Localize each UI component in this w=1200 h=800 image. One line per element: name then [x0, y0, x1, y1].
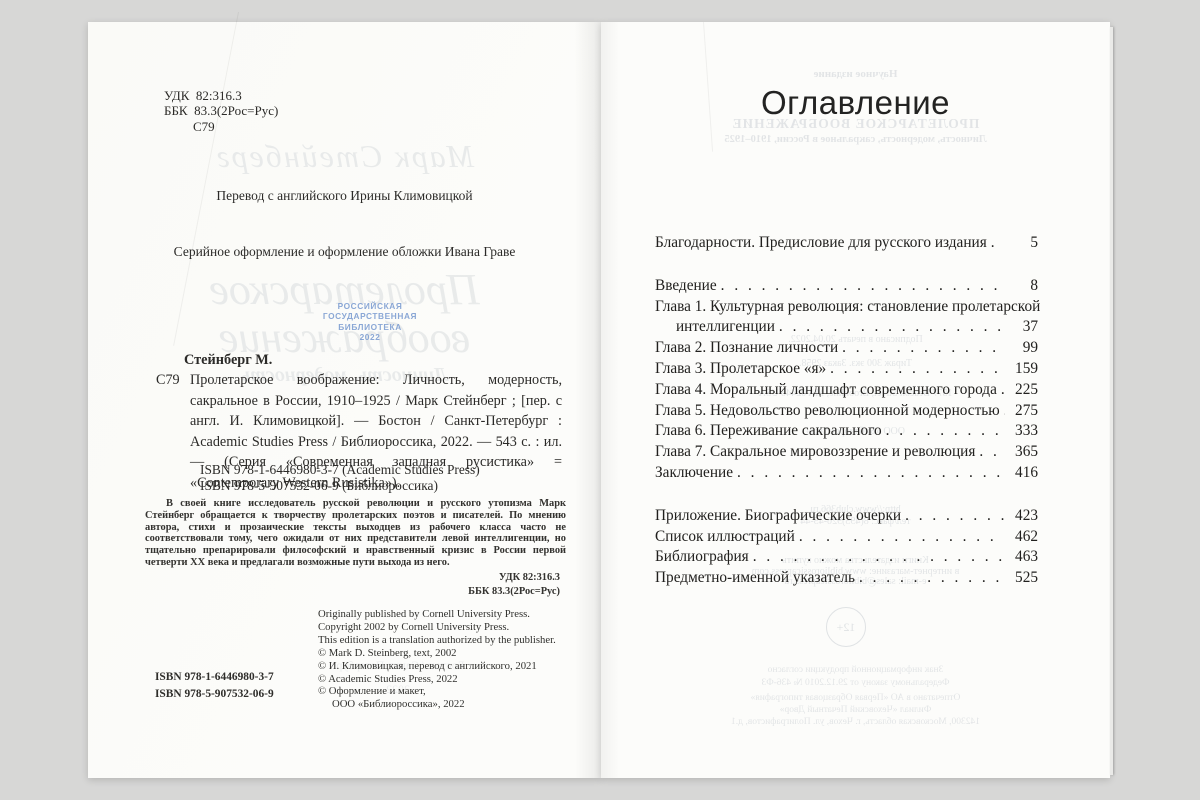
- toc-entry: Глава 4. Моральный ландшафт современного…: [655, 380, 1038, 401]
- text-line: РОССИЙСКАЯ: [288, 301, 452, 311]
- text-line: © Оформление и макет,: [318, 685, 556, 698]
- toc-entry-title: Глава 7. Сакральное мировоззрение и рево…: [655, 442, 975, 463]
- ghost-info-sign: Знак информационной продукции согласноФе…: [601, 664, 1110, 689]
- ghost-printing-house: Отпечатано в АО «Первая Образцовая типог…: [601, 692, 1110, 728]
- text-line: © Mark D. Steinberg, text, 2002: [318, 647, 556, 660]
- text-line: Филиал «Чеховский Печатный Двор»: [601, 704, 1110, 716]
- bbk-code: ББК 83.3(2Рос=Рус): [164, 103, 278, 118]
- right-page: Научное издание ПРОЛЕТАРСКОЕ ВООБРАЖЕНИЕ…: [601, 22, 1110, 778]
- toc-entry: Глава 3. Пролетарское «я»159: [655, 359, 1038, 380]
- toc-entry: интеллигенции37: [655, 317, 1038, 338]
- toc-dot-leader: [779, 317, 1004, 338]
- toc-entry-title: интеллигенции: [676, 317, 775, 338]
- toc-entry-title: Глава 3. Пролетарское «я»: [655, 359, 826, 380]
- toc-page-number: 99: [1008, 338, 1038, 359]
- table-of-contents: Благодарности. Предисловие для русского …: [655, 233, 1038, 589]
- library-stamp: РОССИЙСКАЯГОСУДАРСТВЕННАЯБИБЛИОТЕКА2022: [288, 301, 452, 342]
- toc-entry-first-line: Глава 1. Культурная революция: становлен…: [655, 297, 1038, 318]
- copyright-block: Originally published by Cornell Universi…: [318, 608, 556, 711]
- text-line: ГОСУДАРСТВЕННАЯ: [288, 311, 452, 321]
- text-line: БИБЛИОТЕКА: [288, 322, 452, 332]
- toc-page-number: 8: [1008, 276, 1038, 297]
- text-line: Федеральному закону от 29.12.2010 № 436-…: [601, 677, 1110, 690]
- toc-dot-leader: [799, 527, 1004, 548]
- toc-entry: Введение8: [655, 276, 1038, 297]
- toc-page-number: 225: [1008, 380, 1038, 401]
- toc-entry-title: Глава 1. Культурная революция: становлен…: [655, 297, 1040, 318]
- bbk-footer-line: ББК 83.3(2Рос=Рус): [468, 585, 560, 599]
- toc-dot-leader: [737, 463, 1004, 484]
- toc-page-number: 462: [1008, 527, 1038, 548]
- toc-group: Введение8Глава 1. Культурная революция: …: [655, 276, 1038, 484]
- toc-page-number: 5: [1008, 233, 1038, 254]
- text-line: Copyright 2002 by Cornell University Pre…: [318, 621, 556, 634]
- text-line: ООО «Библиороссика», 2022: [318, 698, 556, 711]
- udk-footer: УДК 82:316.3 ББК 83.3(2Рос=Рус): [468, 571, 560, 598]
- toc-entry-title: Введение: [655, 276, 717, 297]
- toc-dot-leader: [859, 568, 1004, 589]
- toc-entry-title: Заключение: [655, 463, 733, 484]
- text-line: ISBN 978-5-907532-06-9: [155, 686, 274, 703]
- isbn-footer: ISBN 978-1-6446980-3-7ISBN 978-5-907532-…: [155, 669, 274, 703]
- toc-page-number: 333: [1008, 421, 1038, 442]
- toc-entry-title: Благодарности. Предисловие для русского …: [655, 233, 987, 254]
- ghost-edition-note: Научное издание: [601, 68, 1110, 80]
- toc-entry: Благодарности. Предисловие для русского …: [655, 233, 1038, 254]
- cover-design-credit: Серийное оформление и оформление обложки…: [88, 244, 601, 260]
- toc-dot-leader: [905, 506, 1004, 527]
- toc-entry: Глава 5. Недовольство революционной моде…: [655, 401, 1038, 422]
- text-line: Знак информационной продукции согласно: [601, 664, 1110, 677]
- toc-entry: Глава 6. Переживание сакрального333: [655, 421, 1038, 442]
- toc-group: Приложение. Биографические очерки423Спис…: [655, 506, 1038, 589]
- toc-page-number: 275: [1008, 401, 1038, 422]
- paper-crease: [173, 12, 239, 346]
- scan-background: Марк Стейнберг Пролетарское воображение …: [0, 0, 1200, 800]
- toc-page-number: 365: [1008, 442, 1038, 463]
- toc-page-number: 423: [1008, 506, 1038, 527]
- toc-entry: Заключение416: [655, 463, 1038, 484]
- toc-entry: Список иллюстраций462: [655, 527, 1038, 548]
- toc-dot-leader: [886, 421, 1004, 442]
- toc-dot-leader: [1001, 380, 1004, 401]
- ghost-book-subtitle: Личность, модерность, сакральное в Росси…: [601, 134, 1110, 145]
- ghost-age-mark-badge: 12+: [826, 607, 866, 647]
- toc-entry: Глава 2. Познание личности99: [655, 338, 1038, 359]
- text-line: Originally published by Cornell Universi…: [318, 608, 556, 621]
- toc-entry-title: Список иллюстраций: [655, 527, 795, 548]
- text-line: ISBN 978-5-907532-06-9 (Библиороссика): [200, 478, 480, 494]
- text-line: ISBN 978-1-6446980-3-7 (Academic Studies…: [200, 462, 480, 478]
- toc-page-number: 159: [1008, 359, 1038, 380]
- isbn-list: ISBN 978-1-6446980-3-7 (Academic Studies…: [200, 462, 480, 494]
- toc-entry-title: Приложение. Биографические очерки: [655, 506, 901, 527]
- toc-dot-leader: [991, 233, 1004, 254]
- left-page: Марк Стейнберг Пролетарское воображение …: [88, 22, 601, 778]
- text-line: Отпечатано в АО «Первая Образцовая типог…: [601, 692, 1110, 704]
- toc-entry: Глава 7. Сакральное мировоззрение и рево…: [655, 442, 1038, 463]
- toc-entry-title: Глава 6. Переживание сакрального: [655, 421, 882, 442]
- catalog-codes-block: УДК 82:316.3 ББК 83.3(2Рос=Рус) С79: [164, 88, 278, 134]
- toc-dot-leader: [979, 442, 1004, 463]
- toc-entry-title: Предметно-именной указатель: [655, 568, 855, 589]
- toc-dot-leader: [842, 338, 1004, 359]
- toc-entry: Библиография463: [655, 547, 1038, 568]
- text-line: ISBN 978-1-6446980-3-7: [155, 669, 274, 686]
- toc-heading: Оглавление: [601, 84, 1110, 122]
- toc-dot-leader: [753, 547, 1004, 568]
- toc-dot-leader: [721, 276, 1004, 297]
- toc-page-number: 37: [1008, 317, 1038, 338]
- toc-page-number: 525: [1008, 568, 1038, 589]
- toc-dot-leader: [830, 359, 1004, 380]
- toc-entry-title: Глава 4. Моральный ландшафт современного…: [655, 380, 997, 401]
- text-line: 2022: [288, 332, 452, 342]
- toc-group: Благодарности. Предисловие для русского …: [655, 233, 1038, 254]
- author-mark-entry: С79: [156, 370, 180, 391]
- toc-page-number: 463: [1008, 547, 1038, 568]
- ghost-author-name: Марк Стейнберг: [88, 138, 601, 175]
- udk-footer-line: УДК 82:316.3: [468, 571, 560, 585]
- text-line: © И. Климовицкая, перевод с английского,…: [318, 660, 556, 673]
- toc-entry-title: Библиография: [655, 547, 749, 568]
- text-line: 142300, Московская область, г. Чехов, ул…: [601, 716, 1110, 728]
- author-heading: Стейнберг М.: [184, 352, 272, 369]
- udk-code: УДК 82:316.3: [164, 88, 278, 103]
- text-line: This edition is a translation authorized…: [318, 634, 556, 647]
- toc-entry: Приложение. Биографические очерки423: [655, 506, 1038, 527]
- author-mark: С79: [164, 119, 278, 134]
- toc-entry-title: Глава 5. Недовольство революционной моде…: [655, 401, 1000, 422]
- annotation-text: В своей книге исследователь русской рево…: [145, 498, 566, 569]
- translator-credit: Перевод с английского Ирины Климовицкой: [88, 188, 601, 204]
- toc-entry: Предметно-именной указатель525: [655, 568, 1038, 589]
- toc-page-number: 416: [1008, 463, 1038, 484]
- text-line: © Academic Studies Press, 2022: [318, 673, 556, 686]
- toc-entry-title: Глава 2. Познание личности: [655, 338, 838, 359]
